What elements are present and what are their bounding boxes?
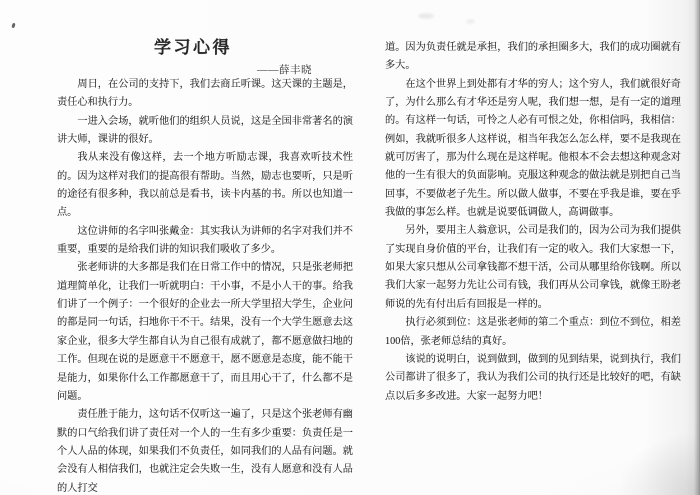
scanned-document-page: 学习心得 ——薛丰晓 周日，在公司的支持下，我们去商丘听课。这天课的主题是，责任… [0,0,700,495]
scan-corner-shadow [580,405,700,495]
author-byline: ——薛丰晓 [57,62,312,77]
right-page-column: 道。因为负责任就是承担，我们的承担圈多大，我们的成功圈就有多大。在这个世界上到处… [385,39,681,406]
paragraph: 另外，要用主人翁意识，公司是我们的，因为公司为我们提供了实现自身价值的平台，让我… [385,222,681,314]
paragraph: 执行必须到位：这是张老师的第二个重点：到位不到位，相差100倍，张老师总结的真好… [385,314,681,351]
scan-smudge-artifact [418,13,434,19]
paragraph: 道。因为负责任就是承担，我们的承担圈多大，我们的成功圈就有多大。 [385,39,681,76]
paragraph: 责任胜于能力，这句话不仅听这一遍了，只是这个张老师有幽默的口气给我们讲了责任对一… [57,406,353,495]
left-page-column: 周日，在公司的支持下，我们去商丘听课。这天课的主题是，责任心和执行力。一进入会场… [57,76,353,495]
paragraph: 这位讲师的名字叫张戴金：其实我认为讲师的名字对我们并不重要，重要的是给我们讲的知… [57,223,353,260]
paragraph: 我从来没有像这样，去一个地方听励志课，我喜欢听技术性的。因为这样对我们的提高很有… [57,149,353,222]
scan-speck-artifact [11,23,15,29]
paragraph: 周日，在公司的支持下，我们去商丘听课。这天课的主题是，责任心和执行力。 [57,76,353,113]
paragraph: 在这个世界上到处都有才华的穷人；这个穷人，我们就很好奇了，为什么那么有才华还是穷… [385,76,681,223]
scan-smudge-artifact [466,19,475,24]
page-title: 学习心得 [45,33,341,58]
paragraph: 一进入会场，就听他们的组织人员说，这是全国非常著名的演讲大师，课讲的很好。 [57,113,353,150]
paragraph: 该说的说明白，说到做到，做到的见到结果，说到执行，我们公司都讲了很多了，我认为我… [385,351,681,406]
paragraph: 张老师讲的大多都是我们在日常工作中的情况，只是张老师把道理简单化，让我们一听就明… [57,259,353,406]
